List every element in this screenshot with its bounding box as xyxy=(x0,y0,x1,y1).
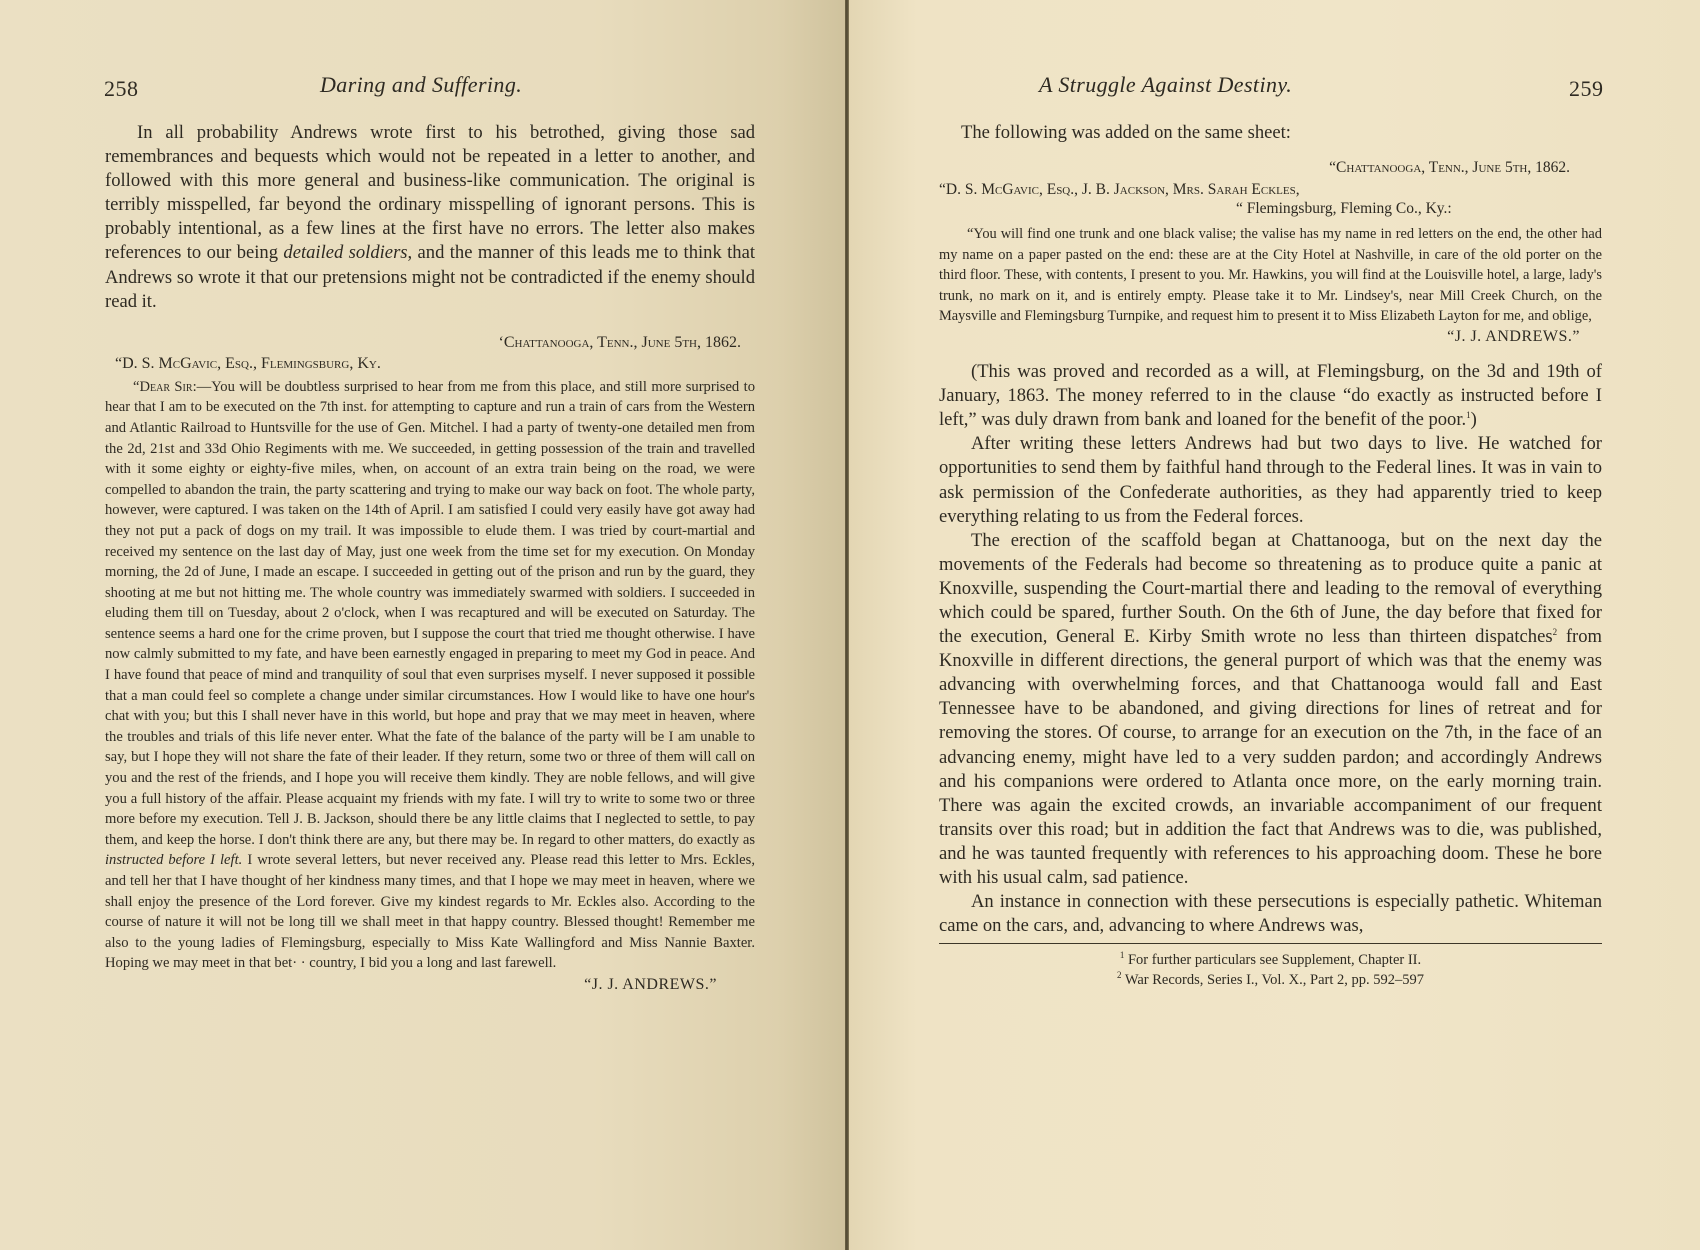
letter-salutation: “Dear Sir xyxy=(133,379,193,395)
letter-signature: “J. J. ANDREWS.” xyxy=(939,328,1602,346)
left-page: 258 Daring and Suffering. In all probabi… xyxy=(0,0,845,1250)
letter-body: “Dear Sir:—You will be doubtless surpris… xyxy=(105,377,755,974)
lead-in-text: The following was added on the same shee… xyxy=(939,121,1602,145)
letter-italic: instructed before I left. xyxy=(105,852,242,868)
running-head: A Struggle Against Destiny. xyxy=(1039,72,1292,98)
footnote-2: 2 War Records, Series I., Vol. X., Part … xyxy=(939,970,1602,990)
paragraph-text: (This was proved and recorded as a will,… xyxy=(939,361,1602,430)
paragraph-tail: ) xyxy=(1471,409,1477,430)
letter-text: “You will find one trunk and one black v… xyxy=(939,224,1602,327)
right-page: A Struggle Against Destiny. 259 The foll… xyxy=(849,0,1700,1250)
letter-address-line1: “D. S. McGavic, Esq., J. B. Jackson, Mrs… xyxy=(939,181,1602,199)
paragraph-letters: After writing these letters Andrews had … xyxy=(939,432,1602,528)
letter-signature: “J. J. ANDREWS.” xyxy=(105,976,755,994)
intro-italic: detailed soldiers xyxy=(283,242,407,263)
intro-paragraph: In all probability Andrews wrote first t… xyxy=(105,121,755,314)
letter-dateline: ‘Chattanooga, Tenn., June 5th, 1862. xyxy=(105,334,755,352)
letter-address: “D. S. McGavic, Esq., Flemingsburg, Ky. xyxy=(105,355,755,373)
letter-text: :—You will be doubtless surprised to hea… xyxy=(105,379,755,848)
body-paragraphs: (This was proved and recorded as a will,… xyxy=(939,360,1602,938)
letter-address-line2: “ Flemingsburg, Fleming Co., Ky.: xyxy=(939,200,1602,218)
page-number: 258 xyxy=(104,76,139,102)
paragraph-text: The erection of the scaffold began at Ch… xyxy=(939,530,1602,647)
lead-in: The following was added on the same shee… xyxy=(939,121,1602,145)
paragraph-scaffold: The erection of the scaffold began at Ch… xyxy=(939,529,1602,890)
footnote-rule xyxy=(939,943,1602,944)
footnote-text: For further particulars see Supplement, … xyxy=(1124,952,1421,968)
book-spread: 258 Daring and Suffering. In all probabi… xyxy=(0,0,1700,1250)
footnote-text: War Records, Series I., Vol. X., Part 2,… xyxy=(1121,972,1424,988)
paragraph-will: (This was proved and recorded as a will,… xyxy=(939,360,1602,432)
letter-dateline: “Chattanooga, Tenn., June 5th, 1862. xyxy=(939,159,1602,177)
footnote-1: 1 For further particulars see Supplement… xyxy=(939,950,1602,970)
letter-body: “You will find one trunk and one black v… xyxy=(939,224,1602,327)
letter-text-tail: I wrote several letters, but never recei… xyxy=(105,852,755,971)
paragraph-text-tail: from Knoxville in different directions, … xyxy=(939,626,1602,888)
page-number: 259 xyxy=(1569,76,1604,102)
footnotes: 1 For further particulars see Supplement… xyxy=(939,950,1602,990)
paragraph-instance: An instance in connection with these per… xyxy=(939,890,1602,938)
running-head: Daring and Suffering. xyxy=(320,72,522,98)
